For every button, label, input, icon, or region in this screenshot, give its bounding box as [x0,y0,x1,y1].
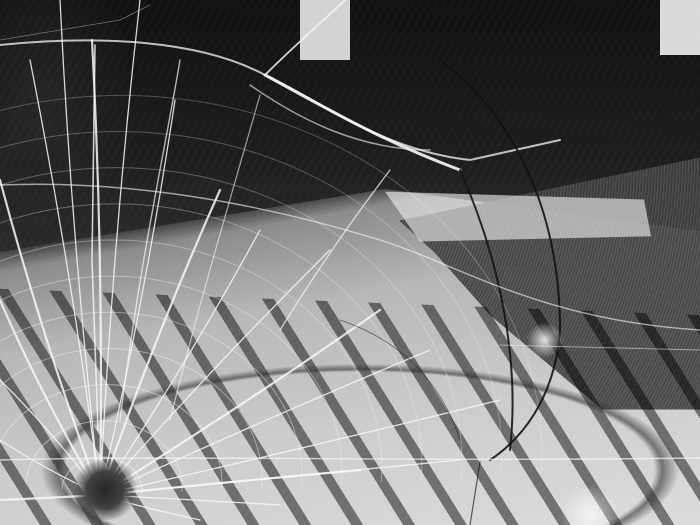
cracked-glass-photo [0,0,700,525]
sun-glare [0,0,700,525]
